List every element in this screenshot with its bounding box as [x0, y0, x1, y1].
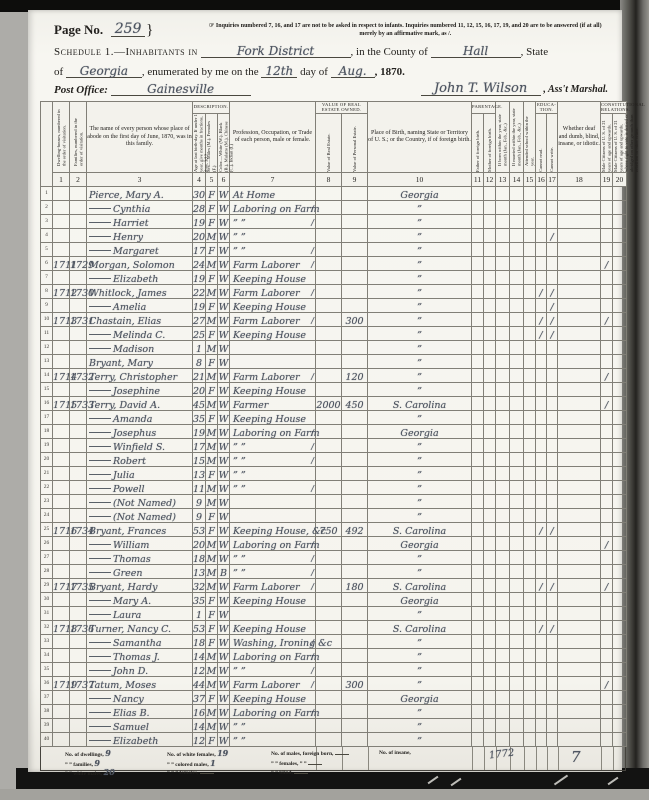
cell-born-month — [496, 313, 510, 327]
cell-line-number: 22 — [41, 481, 53, 495]
enumerated-label: , enumerated by me on the — [142, 66, 259, 78]
cell-married-month — [510, 355, 524, 369]
column-header-16: Cannot read. — [536, 114, 547, 173]
cell-dwelling-number — [53, 215, 70, 229]
cell-cannot-write — [547, 509, 558, 523]
ditto-surname-line — [89, 488, 111, 489]
cell-line-number: 1 — [41, 187, 53, 201]
cell-name: (Not Named) — [87, 509, 193, 523]
cell-cannot-write: / — [547, 299, 558, 313]
blank-line — [335, 749, 349, 755]
cell-married-month — [510, 229, 524, 243]
cell-father-foreign — [472, 201, 484, 215]
cell-male-citizen — [601, 453, 613, 467]
cell-value-personal-estate — [342, 383, 368, 397]
cell-cannot-read — [536, 481, 547, 495]
cell-cannot-read — [536, 299, 547, 313]
affirmative-mark: / — [311, 205, 314, 213]
column-number-5: 5 — [206, 173, 218, 187]
cell-occupation — [230, 355, 316, 369]
cell-attended-school — [524, 705, 536, 719]
cell-dwelling-number — [53, 565, 70, 579]
table-row: 26William20MWLaboring on Farm/Georgia/ — [41, 537, 627, 551]
cell-cannot-write — [547, 425, 558, 439]
footer-stat: ” ” blind, — [271, 768, 399, 778]
cell-mother-foreign — [484, 411, 496, 425]
cell-dwelling-number: 1715 — [53, 397, 70, 411]
cell-male-citizen — [601, 243, 613, 257]
cell-father-foreign — [472, 523, 484, 537]
cell-line-number: 37 — [41, 691, 53, 705]
cell-value-personal-estate — [342, 691, 368, 705]
cell-value-personal-estate — [342, 607, 368, 621]
cell-father-foreign — [472, 579, 484, 593]
cell-occupation: ” ”/ — [230, 243, 316, 257]
cell-father-foreign — [472, 467, 484, 481]
cell-male-citizen — [601, 481, 613, 495]
column-header-1: Dwelling-houses, numbered in the order o… — [53, 102, 70, 173]
ditto-surname-line — [89, 348, 111, 349]
cell-color: W — [218, 215, 230, 229]
cell-born-month — [496, 397, 510, 411]
cell-dwelling-number: 1711 — [53, 257, 70, 271]
cell-father-foreign — [472, 593, 484, 607]
cell-family-number — [70, 341, 87, 355]
cell-family-number: 1730 — [70, 285, 87, 299]
cell-vote-denied — [613, 201, 627, 215]
scan-edge-bottom-fade — [0, 789, 649, 800]
cell-birthplace: ” — [368, 299, 472, 313]
cell-sex: M — [206, 551, 218, 565]
cell-value-real-estate — [316, 663, 342, 677]
cell-vote-denied — [613, 705, 627, 719]
cell-age: 14 — [193, 649, 206, 663]
cell-attended-school — [524, 201, 536, 215]
cell-male-citizen: / — [601, 537, 613, 551]
cell-dwelling-number — [53, 355, 70, 369]
table-row: 1017131731Chastain, Elias27MWFarm Labore… — [41, 313, 627, 327]
cell-vote-denied — [613, 411, 627, 425]
cell-male-citizen — [601, 439, 613, 453]
cell-cannot-read — [536, 257, 547, 271]
cell-married-month — [510, 481, 524, 495]
cell-attended-school — [524, 495, 536, 509]
cell-vote-denied — [613, 593, 627, 607]
cell-vote-denied — [613, 383, 627, 397]
cell-mother-foreign — [484, 341, 496, 355]
cell-sex: F — [206, 187, 218, 201]
cell-occupation: Farmer — [230, 397, 316, 411]
cell-deaf-dumb-blind — [558, 285, 601, 299]
cell-cannot-write — [547, 551, 558, 565]
cell-birthplace: ” — [368, 565, 472, 579]
cell-family-number — [70, 691, 87, 705]
cell-birthplace: ” — [368, 313, 472, 327]
cell-attended-school — [524, 523, 536, 537]
cell-name: Thomas J. — [87, 649, 193, 663]
cell-born-month — [496, 481, 510, 495]
cell-dwelling-number — [53, 509, 70, 523]
cell-line-number: 25 — [41, 523, 53, 537]
cell-attended-school — [524, 551, 536, 565]
footer-stat-value: 20 — [104, 767, 115, 777]
cell-married-month — [510, 327, 524, 341]
cell-married-month — [510, 705, 524, 719]
cell-mother-foreign — [484, 313, 496, 327]
affirmative-mark: / — [311, 653, 314, 661]
cell-attended-school — [524, 565, 536, 579]
table-row: 11Melinda C.25FWKeeping House”// — [41, 327, 627, 341]
post-office-value: Gainesville — [111, 83, 251, 96]
cell-value-real-estate — [316, 733, 342, 747]
cell-birthplace: ” — [368, 341, 472, 355]
group-header-real-estate: Value of Real Estate Owned. — [316, 102, 368, 114]
cell-cannot-write — [547, 201, 558, 215]
cell-age: 35 — [193, 411, 206, 425]
blank-line — [308, 759, 322, 765]
cell-name: Samuel — [87, 719, 193, 733]
cell-born-month — [496, 201, 510, 215]
cell-male-citizen — [601, 411, 613, 425]
affirmative-mark: / — [311, 247, 314, 255]
cell-occupation: Farm Laborer/ — [230, 579, 316, 593]
cell-color: W — [218, 481, 230, 495]
column-header-4: Age at last birth-day. If under 1 year, … — [193, 114, 206, 173]
cell-age: 13 — [193, 565, 206, 579]
cell-father-foreign — [472, 313, 484, 327]
cell-mother-foreign — [484, 551, 496, 565]
cell-vote-denied — [613, 187, 627, 201]
cell-deaf-dumb-blind — [558, 425, 601, 439]
column-header-20: Male Citizens of U. S. of 21 years of ag… — [613, 114, 627, 173]
footer-column-rule — [536, 747, 537, 770]
cell-cannot-read — [536, 201, 547, 215]
column-number-8: 8 — [316, 173, 342, 187]
cell-born-month — [496, 467, 510, 481]
cell-born-month — [496, 355, 510, 369]
cell-deaf-dumb-blind — [558, 551, 601, 565]
cell-cannot-read — [536, 187, 547, 201]
cell-birthplace: ” — [368, 369, 472, 383]
cell-age: 45 — [193, 397, 206, 411]
cell-sex: M — [206, 677, 218, 691]
affirmative-mark: / — [311, 639, 314, 647]
cell-value-real-estate — [316, 369, 342, 383]
cell-color: W — [218, 509, 230, 523]
cell-value-real-estate — [316, 271, 342, 285]
affirmative-mark: / — [311, 709, 314, 717]
cell-married-month — [510, 467, 524, 481]
ditto-surname-line — [89, 544, 111, 545]
cell-deaf-dumb-blind — [558, 271, 601, 285]
cell-value-personal-estate — [342, 481, 368, 495]
cell-married-month — [510, 271, 524, 285]
group-header-description: Description. — [193, 102, 230, 114]
cell-family-number: 1729 — [70, 257, 87, 271]
cell-deaf-dumb-blind — [558, 607, 601, 621]
cell-mother-foreign — [484, 509, 496, 523]
cell-age: 19 — [193, 271, 206, 285]
cell-mother-foreign — [484, 607, 496, 621]
cell-married-month — [510, 313, 524, 327]
cell-vote-denied — [613, 397, 627, 411]
cell-birthplace: ” — [368, 215, 472, 229]
cell-cannot-read — [536, 215, 547, 229]
cell-value-real-estate: 2000 — [316, 397, 342, 411]
cell-attended-school — [524, 719, 536, 733]
cell-line-number: 14 — [41, 369, 53, 383]
cell-line-number: 6 — [41, 257, 53, 271]
cell-color: W — [218, 551, 230, 565]
cell-born-month — [496, 719, 510, 733]
cell-line-number: 40 — [41, 733, 53, 747]
table-row: 34Thomas J.14MWLaboring on Farm/” — [41, 649, 627, 663]
cell-age: 22 — [193, 285, 206, 299]
cell-sex: F — [206, 271, 218, 285]
cell-family-number — [70, 439, 87, 453]
cell-sex: M — [206, 285, 218, 299]
cell-family-number — [70, 551, 87, 565]
of-label: of — [54, 66, 63, 78]
cell-value-personal-estate: 300 — [342, 313, 368, 327]
cell-cannot-read — [536, 369, 547, 383]
cell-attended-school — [524, 341, 536, 355]
cell-family-number — [70, 425, 87, 439]
ditto-surname-line — [89, 670, 111, 671]
cell-birthplace: Georgia — [368, 593, 472, 607]
cell-dwelling-number — [53, 383, 70, 397]
cell-father-foreign — [472, 691, 484, 705]
cell-name: Winfield S. — [87, 439, 193, 453]
cell-family-number — [70, 327, 87, 341]
cell-name: Mary A. — [87, 593, 193, 607]
ditto-surname-line — [89, 460, 111, 461]
footer-stat-label: No. of males, foreign born, — [271, 751, 335, 757]
cell-age: 9 — [193, 509, 206, 523]
cell-male-citizen — [601, 663, 613, 677]
cell-deaf-dumb-blind — [558, 439, 601, 453]
cell-born-month — [496, 495, 510, 509]
cell-sex: M — [206, 341, 218, 355]
cell-father-foreign — [472, 621, 484, 635]
cell-name: Thomas — [87, 551, 193, 565]
cell-value-personal-estate — [342, 327, 368, 341]
footer-stat: ” ” colored males, 1 — [167, 759, 271, 769]
cell-male-citizen — [601, 719, 613, 733]
cell-male-citizen — [601, 467, 613, 481]
cell-occupation: ” ” — [230, 719, 316, 733]
cell-line-number: 28 — [41, 565, 53, 579]
table-row: 3617191737Tatum, Moses44MWFarm Laborer/3… — [41, 677, 627, 691]
cell-family-number — [70, 411, 87, 425]
cell-value-personal-estate — [342, 705, 368, 719]
cell-attended-school — [524, 677, 536, 691]
cell-cannot-read: / — [536, 621, 547, 635]
cell-vote-denied — [613, 243, 627, 257]
cell-name: Julia — [87, 467, 193, 481]
cell-name: Amelia — [87, 299, 193, 313]
cell-cannot-read — [536, 593, 547, 607]
cell-dwelling-number: 1714 — [53, 369, 70, 383]
cell-family-number — [70, 663, 87, 677]
cell-mother-foreign — [484, 537, 496, 551]
cell-value-personal-estate: 450 — [342, 397, 368, 411]
cell-father-foreign — [472, 537, 484, 551]
table-row: 40Elizabeth12FW” ”” — [41, 733, 627, 747]
cell-family-number — [70, 705, 87, 719]
cell-name: Margaret — [87, 243, 193, 257]
column-header-6: Color.—White (W.), Black (B.), Mulatto (… — [218, 114, 230, 173]
cell-value-personal-estate — [342, 299, 368, 313]
cell-cannot-write — [547, 243, 558, 257]
ditto-surname-line — [89, 712, 111, 713]
cell-born-month — [496, 537, 510, 551]
cell-value-personal-estate — [342, 565, 368, 579]
cell-occupation: ” ” — [230, 467, 316, 481]
cell-married-month — [510, 509, 524, 523]
cell-father-foreign — [472, 439, 484, 453]
cell-born-month — [496, 243, 510, 257]
cell-married-month — [510, 453, 524, 467]
cell-age: 17 — [193, 439, 206, 453]
cell-value-personal-estate — [342, 663, 368, 677]
cell-father-foreign — [472, 243, 484, 257]
cell-name: Josephine — [87, 383, 193, 397]
cell-family-number — [70, 607, 87, 621]
cell-line-number: 31 — [41, 607, 53, 621]
cell-deaf-dumb-blind — [558, 201, 601, 215]
cell-occupation: ” ”/ — [230, 215, 316, 229]
cell-vote-denied — [613, 537, 627, 551]
cell-dwelling-number — [53, 537, 70, 551]
column-number-20: 20 — [613, 173, 627, 187]
cell-born-month — [496, 677, 510, 691]
cell-deaf-dumb-blind — [558, 327, 601, 341]
cell-cannot-read: / — [536, 285, 547, 299]
cell-age: 19 — [193, 299, 206, 313]
cell-cannot-write — [547, 677, 558, 691]
cell-cannot-read — [536, 663, 547, 677]
affirmative-mark: / — [311, 443, 314, 451]
cell-mother-foreign — [484, 271, 496, 285]
cell-cannot-write — [547, 187, 558, 201]
cell-value-personal-estate — [342, 467, 368, 481]
cell-dwelling-number — [53, 229, 70, 243]
footer-stat-value: 9 — [94, 758, 100, 768]
cell-cannot-read — [536, 243, 547, 257]
marshal-signature: John T. Wilson — [421, 82, 541, 96]
cell-married-month — [510, 425, 524, 439]
cell-family-number — [70, 299, 87, 313]
cell-occupation: Farm Laborer/ — [230, 285, 316, 299]
cell-deaf-dumb-blind — [558, 229, 601, 243]
cell-vote-denied — [613, 313, 627, 327]
cell-vote-denied — [613, 467, 627, 481]
cell-birthplace: ” — [368, 607, 472, 621]
cell-vote-denied — [613, 453, 627, 467]
column-header-8: Value of Real Estate. — [316, 114, 342, 173]
cell-cannot-write — [547, 453, 558, 467]
cell-age: 21 — [193, 369, 206, 383]
cell-value-real-estate — [316, 383, 342, 397]
cell-married-month — [510, 719, 524, 733]
cell-birthplace: ” — [368, 383, 472, 397]
cell-value-real-estate — [316, 411, 342, 425]
column-header-19: Male Citizens of U. S. of 21 years of ag… — [601, 114, 613, 173]
cell-father-foreign — [472, 215, 484, 229]
cell-father-foreign — [472, 677, 484, 691]
cell-value-real-estate — [316, 187, 342, 201]
cell-family-number — [70, 537, 87, 551]
cell-cannot-read — [536, 691, 547, 705]
cell-cannot-read — [536, 733, 547, 747]
cell-born-month — [496, 649, 510, 663]
cell-color: W — [218, 635, 230, 649]
cell-age: 27 — [193, 313, 206, 327]
cell-born-month — [496, 705, 510, 719]
cell-father-foreign — [472, 635, 484, 649]
cell-cannot-read — [536, 705, 547, 719]
cell-dwelling-number — [53, 635, 70, 649]
cell-sex: M — [206, 565, 218, 579]
cell-married-month — [510, 411, 524, 425]
cell-birthplace: S. Carolina — [368, 523, 472, 537]
cell-value-real-estate — [316, 355, 342, 369]
cell-vote-denied — [613, 271, 627, 285]
cell-color: W — [218, 327, 230, 341]
cell-father-foreign — [472, 565, 484, 579]
blank-line — [294, 768, 308, 774]
cell-deaf-dumb-blind — [558, 719, 601, 733]
cell-age: 24 — [193, 257, 206, 271]
cell-name: Laura — [87, 607, 193, 621]
cell-value-real-estate — [316, 621, 342, 635]
page-number-label: Page No. — [54, 22, 103, 38]
cell-attended-school — [524, 327, 536, 341]
cell-vote-denied — [613, 481, 627, 495]
cell-family-number — [70, 635, 87, 649]
instructions-line1: Inquiries numbered 7, 16, and 17 are not… — [216, 23, 602, 29]
cell-deaf-dumb-blind — [558, 677, 601, 691]
cell-cannot-write — [547, 355, 558, 369]
cell-father-foreign — [472, 663, 484, 677]
column-header-17: Cannot write. — [547, 114, 558, 173]
column-number-14: 14 — [510, 173, 524, 187]
cell-vote-denied — [613, 369, 627, 383]
cell-born-month — [496, 621, 510, 635]
cell-birthplace: Georgia — [368, 537, 472, 551]
cell-cannot-write — [547, 383, 558, 397]
brace-glyph: } — [146, 22, 153, 39]
affirmative-mark: / — [311, 289, 314, 297]
cell-age: 14 — [193, 719, 206, 733]
cell-family-number — [70, 719, 87, 733]
cell-cannot-write: / — [547, 313, 558, 327]
cell-father-foreign — [472, 495, 484, 509]
cell-deaf-dumb-blind — [558, 649, 601, 663]
column-number-1: 1 — [53, 173, 70, 187]
cell-born-month — [496, 579, 510, 593]
column-header-18: Whether deaf and dumb, blind, insane, or… — [558, 102, 601, 173]
cell-birthplace: ” — [368, 663, 472, 677]
cell-occupation: Laboring on Farm/ — [230, 425, 316, 439]
cell-birthplace: ” — [368, 649, 472, 663]
cell-name: Turner, Nancy C. — [87, 621, 193, 635]
cell-vote-denied — [613, 621, 627, 635]
cell-age: 30 — [193, 187, 206, 201]
cell-mother-foreign — [484, 439, 496, 453]
cell-attended-school — [524, 579, 536, 593]
